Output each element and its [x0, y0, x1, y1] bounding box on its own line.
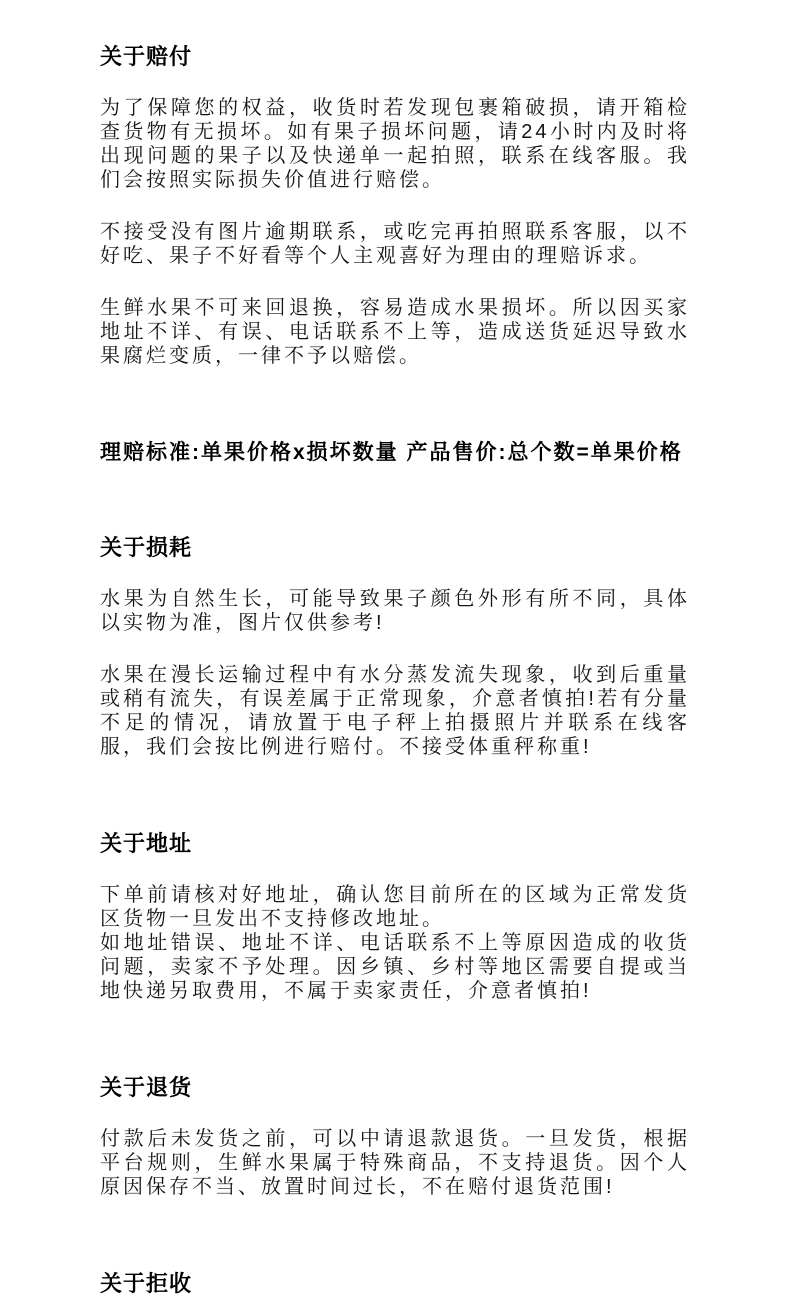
returns-heading: 关于退货	[100, 1075, 690, 1101]
returns-paragraph-1: 付款后未发货之前，可以中请退款退货。一旦发货，根据平台规则，生鲜水果属于特殊商品…	[100, 1127, 690, 1199]
section-returns: 关于退货 付款后未发货之前，可以中请退款退货。一旦发货，根据平台规则，生鲜水果属…	[100, 1075, 690, 1199]
address-paragraph-2: 如地址错误、地址不详、电话联系不上等原因造成的收货问题，卖家不予处理。因乡镇、乡…	[100, 931, 690, 1003]
section-wear: 关于损耗 水果为自然生长，可能导致果子颜色外形有所不同，具体以实物为准，图片仅供…	[100, 535, 690, 759]
wear-paragraph-2: 水果在漫长运输过程中有水分蒸发流失现象，收到后重量或稍有流失，有误差属于正常现象…	[100, 663, 690, 759]
rejection-heading: 关于拒收	[100, 1271, 690, 1297]
section-rejection: 关于拒收	[100, 1271, 690, 1297]
section-compensation: 关于赔付 为了保障您的权益，收货时若发现包裹箱破损，请开箱检查货物有无损坏。如有…	[100, 44, 690, 368]
compensation-paragraph-3: 生鲜水果不可来回退换，容易造成水果损坏。所以因买家地址不详、有误、电话联系不上等…	[100, 296, 690, 368]
wear-heading: 关于损耗	[100, 535, 690, 561]
compensation-paragraph-1: 为了保障您的权益，收货时若发现包裹箱破损，请开箱检查货物有无损坏。如有果子损坏问…	[100, 96, 690, 192]
address-paragraph-1: 下单前请核对好地址，确认您目前所在的区域为正常发货区货物一旦发出不支持修改地址。	[100, 883, 690, 931]
wear-paragraph-1: 水果为自然生长，可能导致果子颜色外形有所不同，具体以实物为准，图片仅供参考!	[100, 587, 690, 635]
claim-standard-line: 理赔标准:单果价格x损坏数量 产品售价:总个数=单果价格	[100, 440, 690, 465]
compensation-paragraph-2: 不接受没有图片逾期联系，或吃完再拍照联系客服，以不好吃、果子不好看等个人主观喜好…	[100, 220, 690, 268]
policy-page: 关于赔付 为了保障您的权益，收货时若发现包裹箱破损，请开箱检查货物有无损坏。如有…	[0, 0, 790, 1300]
address-heading: 关于地址	[100, 831, 690, 857]
compensation-heading: 关于赔付	[100, 44, 690, 70]
section-address: 关于地址 下单前请核对好地址，确认您目前所在的区域为正常发货区货物一旦发出不支持…	[100, 831, 690, 1003]
